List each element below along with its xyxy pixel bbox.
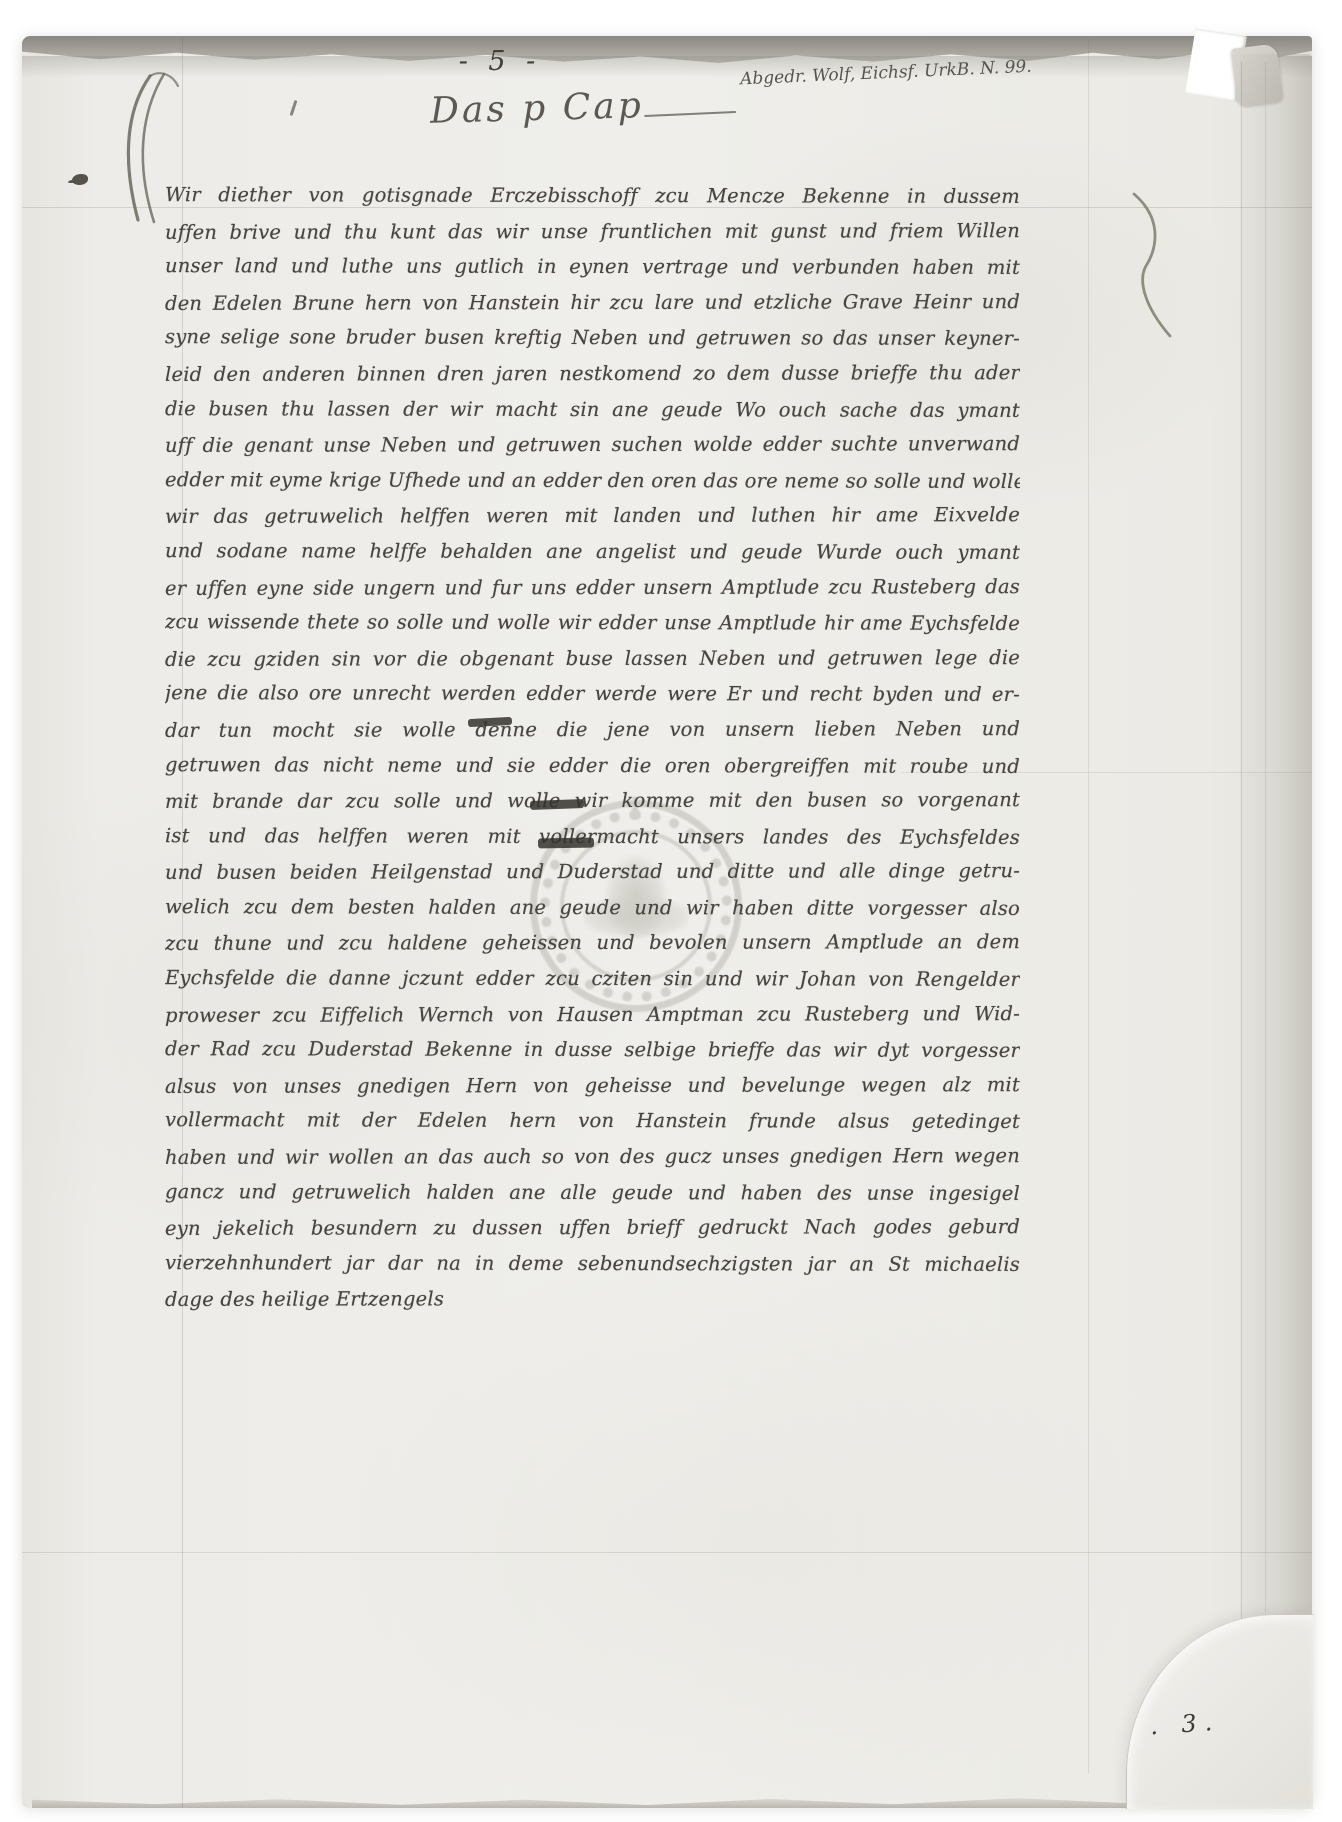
sheet-edge-line <box>1241 62 1242 1790</box>
manuscript-line: der Rad zcu Duderstad Bekenne in dusse s… <box>165 1031 1020 1068</box>
pen-trial-mark <box>290 100 298 116</box>
manuscript-line: vollermacht mit der Edelen hern von Hans… <box>165 1103 1020 1140</box>
manuscript-line: getruwen das nicht neme und sie edder di… <box>165 747 1020 784</box>
folio-number: . 3. <box>1149 1708 1221 1741</box>
manuscript-line: welich zcu dem besten halden ane geude u… <box>165 889 1020 926</box>
manuscript-line: edder mit eyme krige Ufhede und an edder… <box>165 462 1020 499</box>
ink-strikethrough <box>538 838 594 849</box>
ink-blot <box>72 174 88 185</box>
manuscript-line: unser land und luthe uns gutlich in eyne… <box>165 248 1020 285</box>
manuscript-line: mit brande dar zcu solle und wolle wir k… <box>165 782 1020 819</box>
margin-brace-mark <box>1120 188 1184 348</box>
torn-top-edge-shadow <box>22 56 1312 78</box>
manuscript-line: dar tun mocht sie wolle denne die jene v… <box>165 711 1020 748</box>
bottom-paper-edge <box>32 1793 1262 1808</box>
manuscript-line: proweser zcu Eiffelich Wernch von Hausen… <box>165 996 1020 1033</box>
manuscript-line: alsus von unses gnedigen Hern von geheis… <box>165 1067 1020 1104</box>
manuscript-line: zcu wissende thete so solle und wolle wi… <box>165 604 1020 641</box>
horizontal-fold-crease <box>22 1552 1312 1553</box>
manuscript-line: eyn jekelich besundern zu dussen uffen b… <box>165 1209 1020 1246</box>
manuscript-line: leid den anderen binnen dren jaren nestk… <box>165 355 1020 392</box>
scanned-manuscript-page: { "page": { "page_number_top": "- 5 -", … <box>0 0 1342 1822</box>
manuscript-line: wir das getruwelich helffen weren mit la… <box>165 497 1020 534</box>
vertical-fold-crease <box>1088 38 1089 1773</box>
manuscript-line: haben und wir wollen an das auch so von … <box>165 1138 1020 1175</box>
manuscript-text-block: Wir diether von gotisgnade Erczebisschof… <box>165 178 1020 1317</box>
manuscript-line: uff die genant unse Neben und getruwen s… <box>165 426 1020 463</box>
manuscript-line: Wir diether von gotisgnade Erczebisschof… <box>165 177 1020 214</box>
ink-strikethrough <box>530 799 584 810</box>
manuscript-line: er uffen eyne side ungern und fur uns ed… <box>165 569 1020 606</box>
page-number: - 5 - <box>430 46 570 77</box>
underlying-sheet-edges <box>1240 54 1312 1796</box>
manuscript-line: uffen brive und thu kunt das wir unse fr… <box>165 213 1020 250</box>
manuscript-line: und sodane name helffe behalden ane ange… <box>165 533 1020 570</box>
manuscript-line: den Edelen Brune hern von Hanstein hir z… <box>165 284 1020 321</box>
manuscript-line: Eychsfelde die danne jczunt edder zcu cz… <box>165 960 1020 997</box>
manuscript-line: vierzehnhundert jar dar na in deme seben… <box>165 1245 1020 1282</box>
manuscript-line: die zcu gziden sin vor die obgenant buse… <box>165 640 1020 677</box>
manuscript-line: die busen thu lassen der wir macht sin a… <box>165 391 1020 428</box>
chapter-heading: Das p Cap <box>430 85 645 132</box>
manuscript-line: syne selige sone bruder busen kreftig Ne… <box>165 319 1020 356</box>
manuscript-line: gancz und getruwelich halden ane alle ge… <box>165 1174 1020 1211</box>
manuscript-line: jene die also ore unrecht werden edder w… <box>165 675 1020 712</box>
sheet-edge-line <box>1265 62 1266 1790</box>
manuscript-paper-sheet: ✠ - 5 - Abgedr. Wolf, Eichsf. UrkB. N. 9… <box>22 38 1312 1808</box>
manuscript-line: ist und das helffen weren mit vollermach… <box>165 818 1020 855</box>
manuscript-line: und busen beiden Heilgenstad und Duderst… <box>165 853 1020 890</box>
manuscript-line: zcu thune und zcu haldene geheissen und … <box>165 925 1020 962</box>
manuscript-line: dage des heilige Ertzengels <box>165 1281 1020 1318</box>
